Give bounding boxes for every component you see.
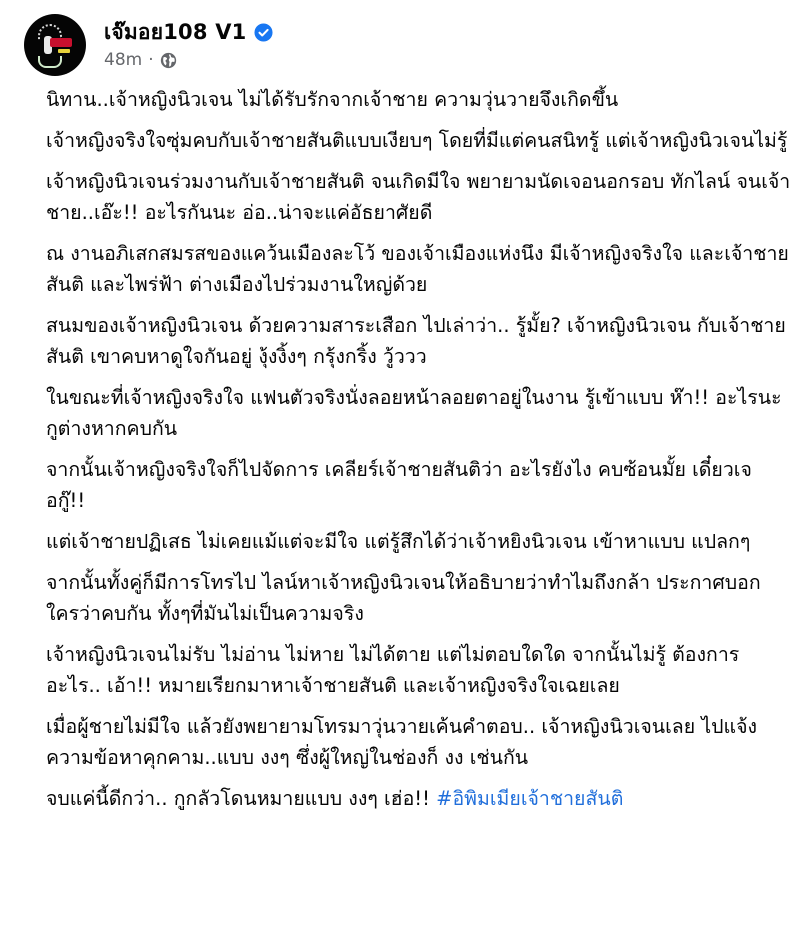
post-header: เจ๊มอย108 V1 48m · (24, 12, 273, 78)
post-paragraph: เมื่อผู้ชายไม่มีใจ แล้วยังพยายามโทรมาวุ่… (46, 711, 791, 773)
hashtag-link[interactable]: #อิพิมเมียเจ้าชายสันติ (436, 787, 623, 810)
post-paragraph: แต่เจ้าชายปฏิเสธ ไม่เคยแม้แต่จะมีใจ แต่ร… (46, 526, 791, 557)
facebook-post: เจ๊มอย108 V1 48m · นิทาน..เจ้าหญิงนิวเจน… (0, 0, 800, 944)
post-paragraph: เจ้าหญิงนิวเจนไม่รับ ไม่อ่าน ไม่หาย ไม่ไ… (46, 639, 791, 701)
post-body: นิทาน..เจ้าหญิงนิวเจน ไม่ได้รับรักจากเจ้… (46, 84, 791, 824)
avatar-logo-legs (38, 56, 62, 68)
separator-dot: · (148, 50, 153, 70)
avatar-logo-badge (50, 38, 72, 47)
post-paragraph: จากนั้นทั้งคู่ก็มีการโทรไป ไลน์หาเจ้าหญิ… (46, 567, 791, 629)
globe-icon[interactable] (160, 52, 177, 69)
post-paragraph: สนมของเจ้าหญิงนิวเจน ด้วยความสาระเสือก ไ… (46, 310, 791, 372)
author-avatar[interactable] (24, 14, 86, 76)
author-row: เจ๊มอย108 V1 (104, 17, 273, 47)
post-subtitle: 48m · (104, 47, 273, 73)
post-paragraph: ณ งานอภิเสกสมรสของแคว้นเมืองละโว้ ของเจ้… (46, 238, 791, 300)
post-paragraph: นิทาน..เจ้าหญิงนิวเจน ไม่ได้รับรักจากเจ้… (46, 84, 791, 115)
post-timestamp[interactable]: 48m (104, 50, 142, 70)
verified-badge-icon (254, 23, 273, 42)
post-paragraph: เจ้าหญิงนิวเจนร่วมงานกับเจ้าชายสันติ จนเ… (46, 166, 791, 228)
post-paragraph: จากนั้นเจ้าหญิงจริงใจก็ไปจัดการ เคลียร์เ… (46, 454, 791, 516)
author-name[interactable]: เจ๊มอย108 V1 (104, 16, 246, 49)
post-paragraph: ในขณะที่เจ้าหญิงจริงใจ แฟนตัวจริงนั่งลอย… (46, 382, 791, 444)
post-meta: เจ๊มอย108 V1 48m · (104, 17, 273, 73)
avatar-logo-sub (58, 49, 70, 53)
closing-text: จบแค่นี้ดีกว่า.. กูกลัวโดนหมายแบบ งงๆ เฮ… (46, 787, 436, 810)
post-paragraph-last: จบแค่นี้ดีกว่า.. กูกลัวโดนหมายแบบ งงๆ เฮ… (46, 783, 791, 814)
post-paragraph: เจ้าหญิงจริงใจซุ่มคบกับเจ้าชายสันติแบบเง… (46, 125, 791, 156)
